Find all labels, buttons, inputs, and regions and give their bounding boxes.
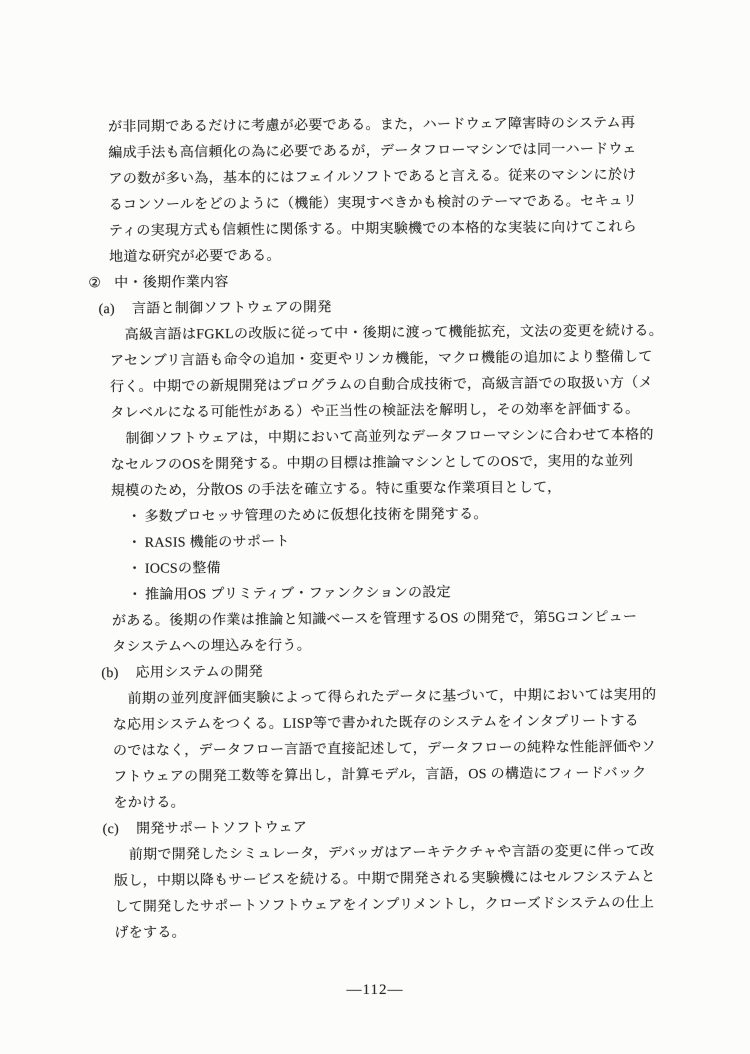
line-text: 多数プロセッサ管理のために仮想化技術を開発する。 <box>144 507 487 525</box>
text-line: フトウェアの開発工数等を算出し，計算モデル，言語，OS の構造にフィードバック <box>113 761 673 791</box>
line-text: 中・後期作業内容 <box>114 275 229 291</box>
line-marker: ・ <box>127 510 141 525</box>
line-marker: (a) <box>98 302 115 317</box>
text-line: なセルフのOSを開発する。中期の目標は推論マシンとしてのOSで，実用的な並列 <box>111 449 671 479</box>
text-line: して開発したサポートソフトウェアをインプリメントし，クローズドシステムの仕上 <box>114 891 674 921</box>
line-marker: (b) <box>101 666 118 681</box>
text-line: がある。後期の作業は推論と知識ベースを管理するOS の開発で，第5Gコンピュー <box>112 605 672 635</box>
line-text: 言語と制御ソフトウェアの開発 <box>132 300 332 317</box>
line-text: IOCSの整備 <box>145 561 221 577</box>
line-marker: ・ <box>128 588 142 603</box>
scanned-document-page: が非同期であるだけに考慮が必要である。また，ハードウェア障害時のシステム再編成手… <box>0 0 750 1054</box>
line-text: RASIS 機能のサポート <box>145 535 290 551</box>
line-marker: ・ <box>128 562 142 577</box>
line-marker: ・ <box>127 536 141 551</box>
line-marker: (c) <box>103 822 120 837</box>
page-number: —112— <box>0 982 750 999</box>
line-marker: ② <box>88 276 101 291</box>
line-text: 推論用OS プリミティブ・ファンクションの設定 <box>145 585 451 602</box>
text-line: げをする。 <box>114 917 674 947</box>
document-text: が非同期であるだけに考慮が必要である。また，ハードウェア障害時のシステム再編成手… <box>108 111 675 947</box>
text-line: ティの実現方式も信頼性に関係する。中期実験機での本格的な実装に向けてこれら <box>109 215 669 245</box>
line-text: 応用システムの開発 <box>136 665 263 681</box>
line-text: 開発サポートソフトウェア <box>136 821 307 837</box>
